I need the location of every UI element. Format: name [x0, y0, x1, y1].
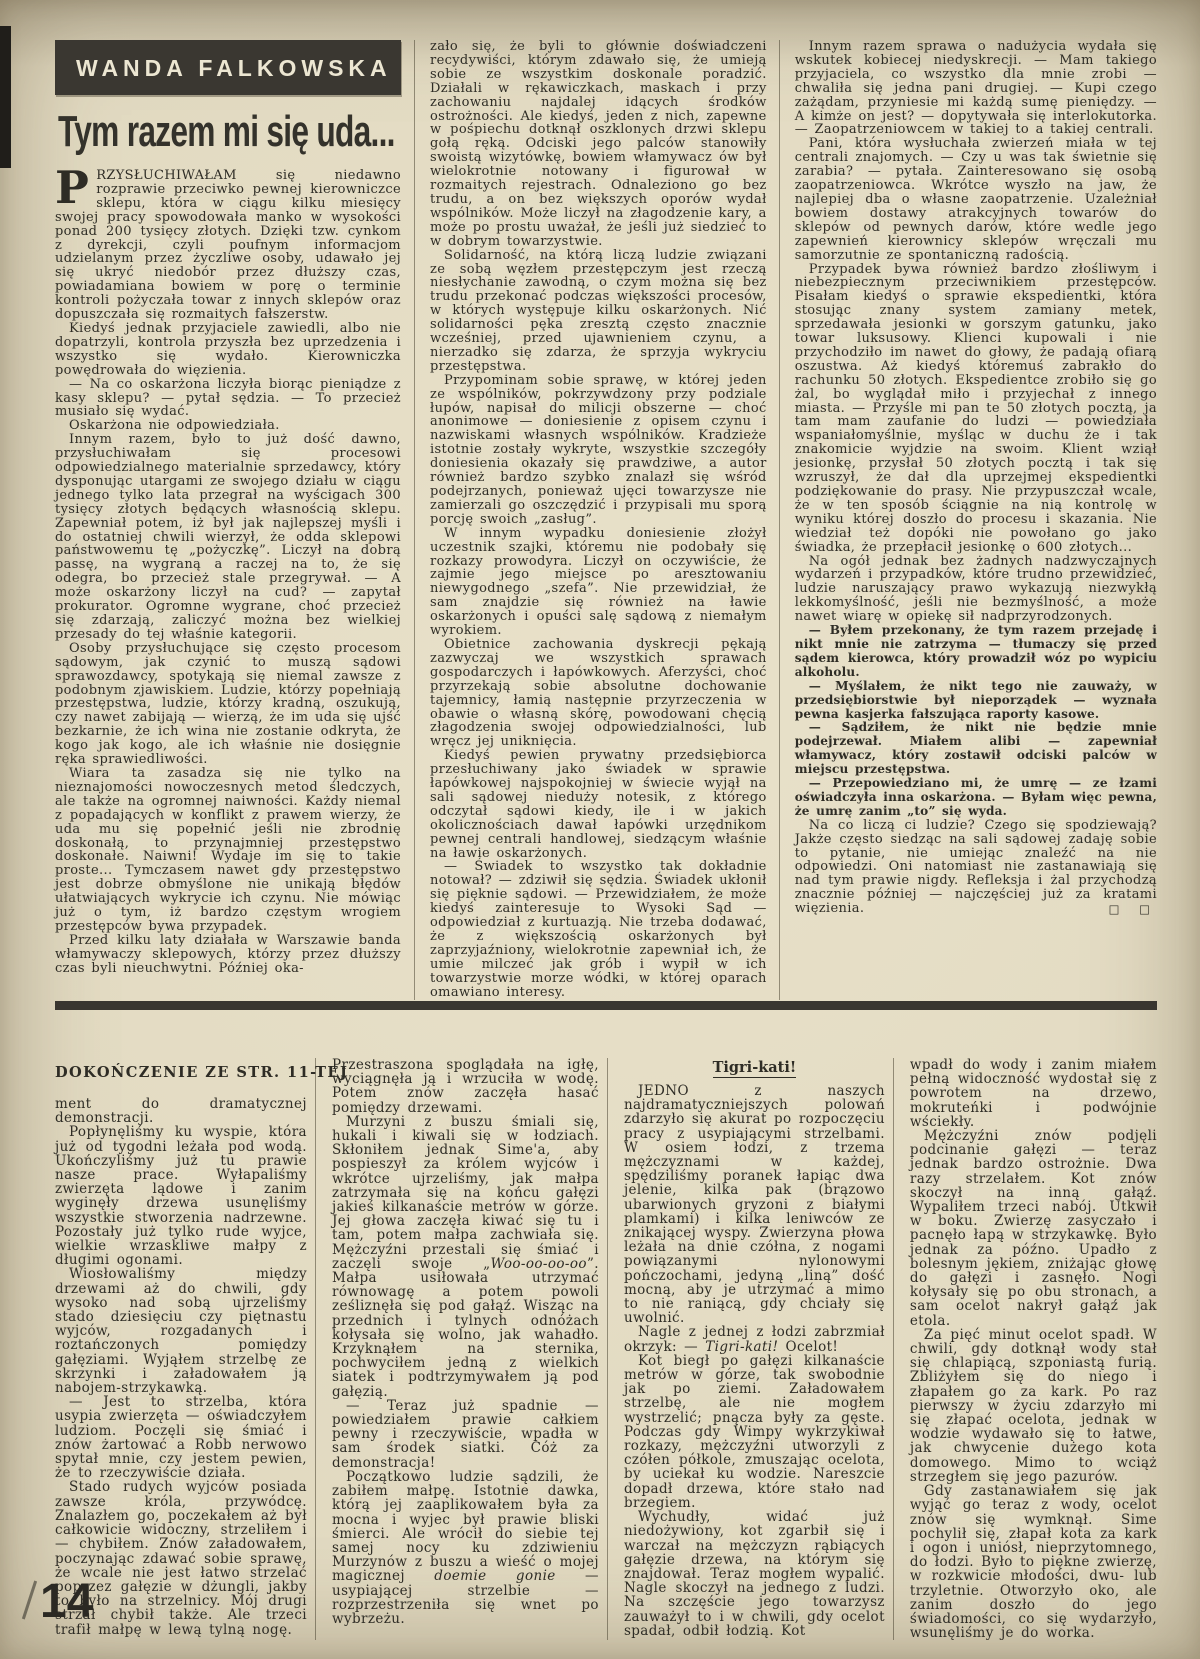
paragraph: Kiedyś pewien prywatny przedsiębiorca pr… [430, 749, 767, 860]
bottom-column-3: Tigri-kati! JEDNO z naszych najdramatycz… [607, 1058, 885, 1640]
paragraph: Wiosłowaliśmy między drzewami aż do chwi… [55, 1267, 307, 1395]
column-text: JEDNO z naszych najdramatyczniejszych po… [624, 1084, 885, 1638]
byline-bar: WANDA FALKOWSKA [55, 40, 401, 95]
paragraph: — Przepowiedziano mi, że umrę — ze łzami… [795, 777, 1157, 819]
paragraph: Wychudły, widać już niedożywiony, kot zg… [624, 1510, 885, 1638]
column-text: Przestraszona spoglądała na igłę, wyciąg… [332, 1058, 599, 1626]
paragraph: Osoby przysłuchujące się często procesom… [55, 642, 401, 767]
bottom-article: DOKOŃCZENIE ZE STR. 11-TEJ ment do drama… [55, 1058, 1157, 1640]
paragraph: Solidarność, na którą liczą ludzie związ… [430, 249, 767, 374]
paragraph: — Świadek to wszystko tak dokładnie noto… [430, 860, 767, 999]
paragraph: Kiedyś jednak przyjaciele zawiedli, albo… [55, 322, 401, 378]
paragraph: Obietnice zachowania dyskrecji pękają za… [430, 638, 767, 749]
newspaper-page: WANDA FALKOWSKA Tym razem mi się uda... … [0, 0, 1200, 1659]
paragraph: — Sądziłem, że nikt nie będzie mnie pode… [795, 721, 1157, 777]
continuation-label: DOKOŃCZENIE ZE STR. 11-TEJ [55, 1064, 307, 1081]
paragraph: wpadł do wody i zanim miałem pełną widoc… [910, 1058, 1157, 1129]
column-text: zało się, że byli to głównie doświadczen… [430, 40, 767, 1000]
bottom-column-1: DOKOŃCZENIE ZE STR. 11-TEJ ment do drama… [55, 1058, 307, 1640]
paragraph: Murzyni z buszu śmiali się, hukali i kiw… [332, 1115, 599, 1399]
top-article: WANDA FALKOWSKA Tym razem mi się uda... … [55, 40, 1157, 1000]
paragraph: Innym razem, było to już dość dawno, prz… [55, 433, 401, 642]
paragraph: Przed kilku laty działała w Warszawie ba… [55, 934, 401, 976]
paragraph: Mężczyźni znów podjęli podcinanie gałęzi… [910, 1129, 1157, 1328]
paragraph: Kot biegł po gałęzi kilkanaście metrów w… [624, 1354, 885, 1510]
paragraph: Popłynęliśmy ku wyspie, która już od tyg… [55, 1125, 307, 1267]
drop-cap: P [55, 169, 96, 206]
paragraph: — Byłem przekonany, że tym razem przejad… [795, 624, 1157, 680]
top-article-column-2: zało się, że byli to głównie doświadczen… [414, 40, 767, 1000]
page-number: 14 [40, 1574, 93, 1629]
top-article-column-1: WANDA FALKOWSKA Tym razem mi się uda... … [55, 40, 401, 1000]
paragraph: Na co liczą ci ludzie? Czego się spodzie… [795, 819, 1157, 916]
section-divider-rule [55, 1001, 1157, 1010]
paragraph: — Myślałem, że nikt tego nie zauważy, w … [795, 680, 1157, 722]
paragraph: ment do dramatycznej demonstracji. [55, 1097, 307, 1125]
bottom-column-2: Przestraszona spoglądała na igłę, wyciąg… [315, 1058, 599, 1640]
paragraph: Za pięć minut ocelot spadł. W chwili, gd… [910, 1328, 1157, 1484]
byline: WANDA FALKOWSKA [76, 55, 392, 81]
column-text: wpadł do wody i zanim miałem pełną widoc… [910, 1058, 1157, 1640]
paragraph: JEDNO z naszych najdramatyczniejszych po… [624, 1084, 885, 1325]
subheading-tigri-kati: Tigri-kati! [624, 1059, 885, 1076]
column-text: PRZYSŁUCHIWAŁAM się niedawno rozprawie p… [55, 169, 401, 976]
end-of-article-marks: □ □ [1095, 902, 1157, 917]
paragraph: Innym razem sprawa o nadużycia wydała si… [795, 40, 1157, 137]
top-article-column-3: Innym razem sprawa o nadużycia wydała si… [779, 40, 1157, 1000]
paragraph: PRZYSŁUCHIWAŁAM się niedawno rozprawie p… [55, 169, 401, 322]
paragraph: Na ogół jednak bez żadnych nadzwyczajnyc… [795, 555, 1157, 625]
paragraph: zało się, że byli to głównie doświadczen… [430, 40, 767, 249]
paragraph: Przypadek bywa również bardzo złośliwym … [795, 263, 1157, 555]
paragraph: — Na co oskarżona liczyła biorąc pieniąd… [55, 378, 401, 420]
paragraph: Wiara ta zasadza się nie tylko na niezna… [55, 767, 401, 934]
paragraph: — Teraz już spadnie — powiedziałem prawi… [332, 1399, 599, 1470]
paragraph: — Jest to strzelba, która usypia zwierzę… [55, 1395, 307, 1480]
paragraph: W innym wypadku doniesienie złożył uczes… [430, 527, 767, 638]
paragraph: Przypominam sobie sprawę, w której jeden… [430, 374, 767, 527]
paragraph: Gdy zastanawiałem się jak wyjąć go teraz… [910, 1484, 1157, 1640]
column-text: ment do dramatycznej demonstracji.Popłyn… [55, 1097, 307, 1637]
paragraph: Przestraszona spoglądała na igłę, wyciąg… [332, 1058, 599, 1115]
column-text: Innym razem sprawa o nadużycia wydała si… [795, 40, 1157, 916]
paragraph: Nagle z jednej z łodzi zabrzmiał okrzyk:… [624, 1325, 885, 1353]
scan-edge-mark [0, 26, 11, 168]
article-title: Tym razem mi się uda... [58, 107, 305, 157]
paragraph: Początkowo ludzie sądzili, że zabiłem ma… [332, 1470, 599, 1626]
bottom-column-4: wpadł do wody i zanim miałem pełną widoc… [893, 1058, 1157, 1640]
paragraph: Pani, która wysłuchała zwierzeń miała w … [795, 137, 1157, 262]
paragraph: Oskarżona nie odpowiedziała. [55, 419, 401, 433]
